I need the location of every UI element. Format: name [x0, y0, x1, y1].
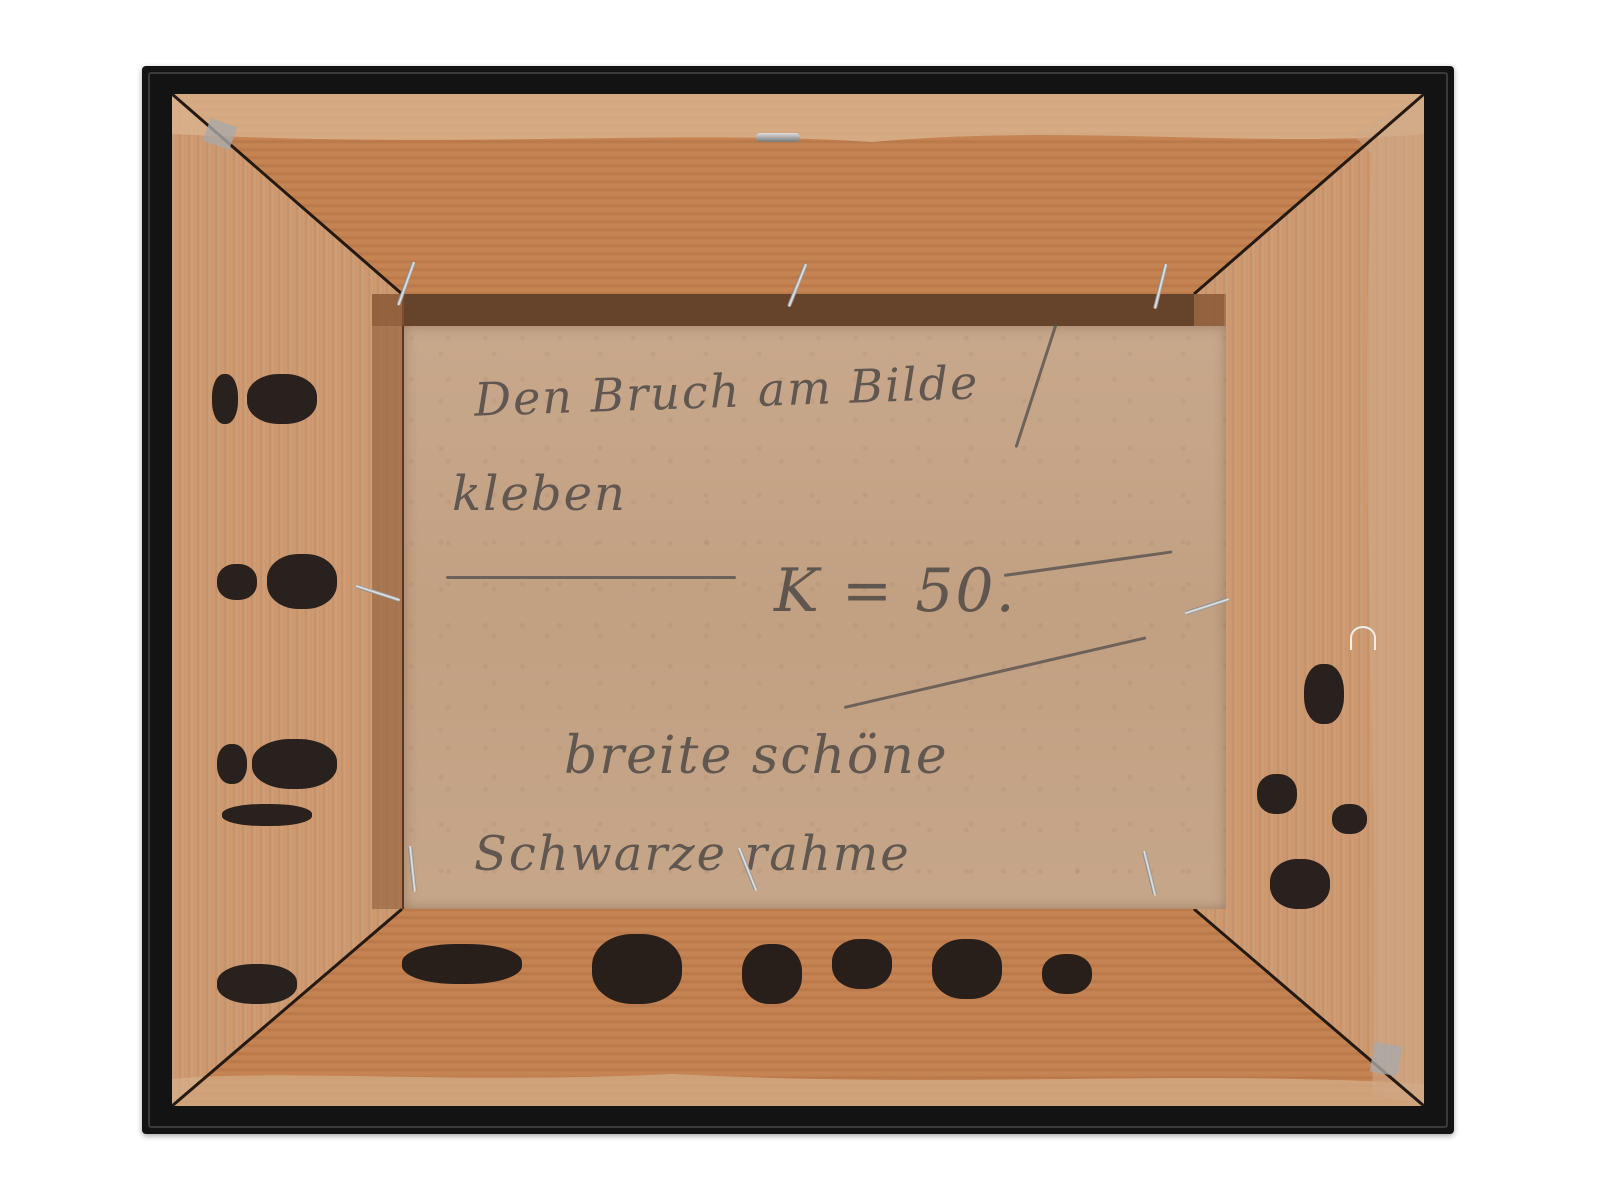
black-paint-mark [217, 744, 247, 784]
black-paint-mark [1304, 664, 1344, 724]
black-paint-mark [932, 939, 1002, 999]
black-paint-mark [832, 939, 892, 989]
black-paint-mark [247, 374, 317, 424]
cardboard-backing: Den Bruch am Bilde kleben K = 50. breite… [404, 326, 1226, 909]
black-paint-mark [1332, 804, 1367, 834]
pencil-line [1015, 323, 1058, 448]
black-paint-mark [592, 934, 682, 1004]
picture-frame-back: Den Bruch am Bilde kleben K = 50. breite… [142, 66, 1454, 1134]
wooden-stretcher: Den Bruch am Bilde kleben K = 50. breite… [172, 94, 1424, 1106]
pencil-line [844, 636, 1147, 709]
inscription-line-5: Schwarze rahme [474, 826, 911, 882]
black-paint-mark [1270, 859, 1330, 909]
black-paint-mark [252, 739, 337, 789]
inscription-line-2: kleben [452, 466, 627, 522]
corner-tape [1370, 1042, 1403, 1076]
black-paint-mark [402, 944, 522, 984]
inscription-price: K = 50. [774, 556, 1017, 626]
inscription-line-1: Den Bruch am Bilde [473, 355, 980, 427]
black-paint-mark [742, 944, 802, 1004]
black-paint-mark [212, 374, 238, 424]
black-paint-mark [217, 564, 257, 600]
black-paint-mark [267, 554, 337, 609]
hanging-hook [756, 133, 800, 142]
black-paint-mark [1042, 954, 1092, 994]
black-paint-mark [1257, 774, 1297, 814]
black-paint-mark [217, 964, 297, 1004]
string-loop [1350, 626, 1376, 650]
pencil-line [1004, 550, 1173, 577]
pencil-line [446, 576, 736, 579]
black-paint-mark [222, 804, 312, 826]
inscription-line-4: breite schöne [564, 726, 949, 786]
